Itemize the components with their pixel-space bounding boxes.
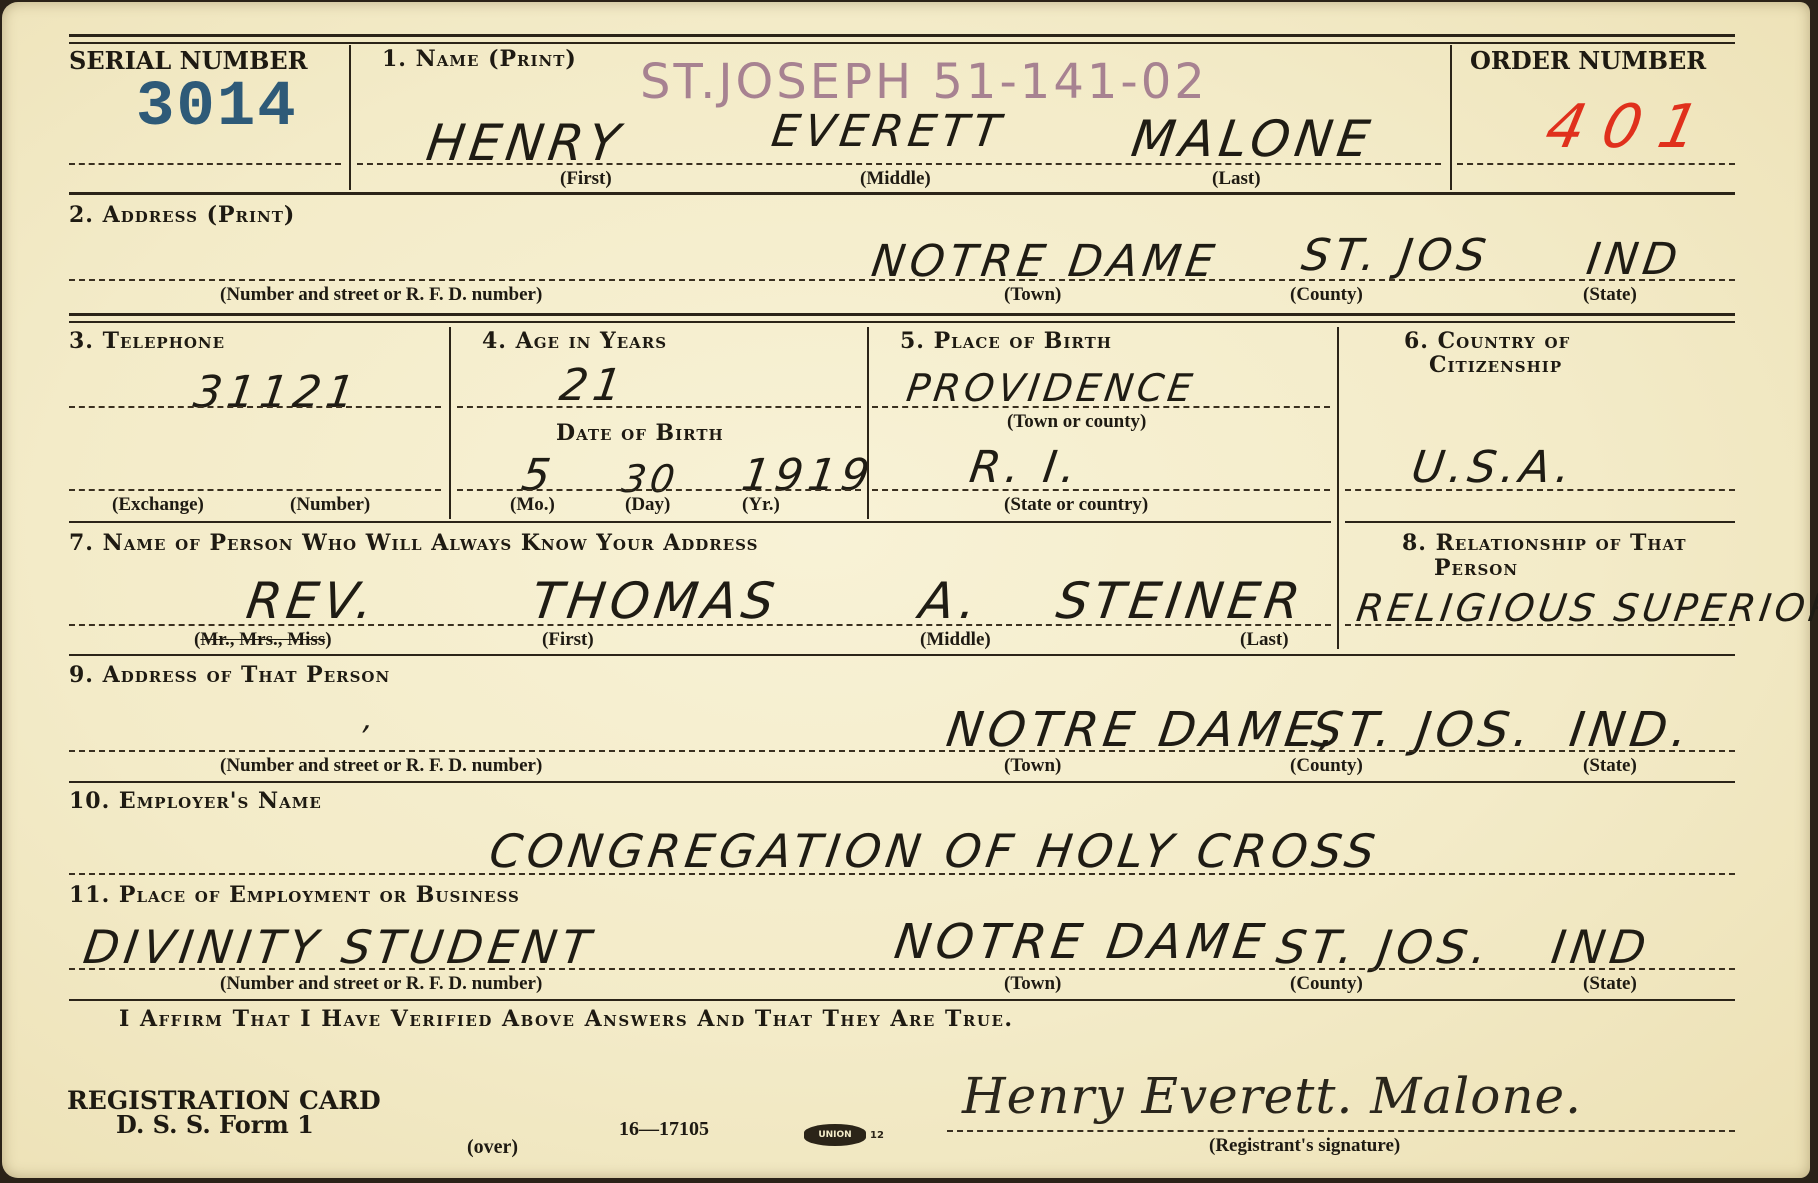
contact-person-label: 7. Name of Person Who Will Always Know Y…: [69, 530, 759, 556]
employment-state-value[interactable]: IND: [1548, 920, 1654, 974]
contact-title-caption-struck: Mr., Mrs., Miss: [200, 629, 325, 650]
employer-line: [69, 873, 1735, 875]
serial-number-value: 3014: [136, 72, 298, 144]
union-bug-number: 12: [870, 1130, 884, 1141]
place-of-birth-state-caption: (State or country): [1004, 494, 1148, 516]
affirmation-text: I Affirm That I Have Verified Above Answ…: [119, 1006, 1014, 1032]
name-last-caption: (Last): [1212, 168, 1261, 190]
place-of-birth-town-value[interactable]: PROVIDENCE: [904, 366, 1199, 410]
row-3-bottom-rule-right: [1345, 521, 1735, 523]
telephone-value[interactable]: 31121: [190, 367, 362, 418]
print-code: 16—17105: [619, 1118, 709, 1141]
employment-place-label: 11. Place of Employment or Business: [69, 882, 520, 908]
address-county-value[interactable]: ST. JOS: [1298, 230, 1493, 281]
contact-address-county-caption: (County): [1290, 755, 1363, 777]
place-of-birth-state-value[interactable]: R. I.: [966, 442, 1084, 493]
contact-address-street-value[interactable]: ,: [362, 702, 381, 737]
place-of-birth-town-line: [872, 406, 1330, 408]
contact-title-value[interactable]: REV.: [243, 572, 382, 630]
relationship-label-line2: Person: [1434, 555, 1518, 581]
name-first-caption: (First): [560, 168, 612, 190]
contact-person-line: [69, 624, 1331, 626]
serial-divider: [349, 45, 351, 190]
address-label: 2. Address (Print): [69, 202, 295, 228]
registration-card: SERIAL NUMBER 3014 1. Name (Print) ST.JO…: [2, 2, 1810, 1178]
contact-address-label: 9. Address of That Person: [69, 662, 390, 688]
row-3-bottom-rule: [69, 521, 1331, 523]
employer-label: 10. Employer's Name: [69, 788, 322, 814]
place-of-birth-divider: [1337, 327, 1339, 649]
signature-caption: (Registrant's signature): [1209, 1135, 1400, 1157]
contact-middle-caption: (Middle): [920, 629, 991, 651]
signature-line: [947, 1130, 1735, 1132]
top-rule: [69, 34, 1735, 37]
order-number-line: [1457, 163, 1735, 165]
address-street-caption: (Number and street or R. F. D. number): [220, 284, 542, 306]
contact-middle-value[interactable]: A.: [916, 572, 985, 630]
contact-title-caption: (Mr., Mrs., Miss): [194, 629, 332, 651]
name-middle-caption: (Middle): [860, 168, 931, 190]
citizenship-label-line2: Citizenship: [1429, 352, 1562, 378]
contact-address-town-caption: (Town): [1004, 755, 1061, 777]
citizenship-value[interactable]: U.S.A.: [1408, 442, 1578, 493]
contact-first-value[interactable]: THOMAS: [528, 572, 783, 630]
employment-state-caption: (State): [1583, 973, 1637, 995]
over-note: (over): [467, 1136, 518, 1159]
top-rule-2: [69, 42, 1735, 44]
employment-line: [69, 968, 1735, 970]
address-line: [69, 279, 1735, 281]
address-county-caption: (County): [1290, 284, 1363, 306]
order-number-value: 401: [1540, 92, 1723, 162]
address-town-caption: (Town): [1004, 284, 1061, 306]
serial-number-line: [69, 163, 341, 165]
dob-month-caption: (Mo.): [510, 494, 555, 516]
employment-town-value[interactable]: NOTRE DAME: [891, 914, 1272, 970]
name-last-value[interactable]: MALONE: [1128, 110, 1378, 168]
dob-day-caption: (Day): [625, 494, 670, 516]
telephone-label: 3. Telephone: [69, 328, 225, 354]
form-number: D. S. S. Form 1: [116, 1110, 314, 1139]
dob-label: Date of Birth: [556, 420, 724, 446]
employment-street-caption: (Number and street or R. F. D. number): [220, 973, 542, 995]
address-state-value[interactable]: IND: [1583, 234, 1685, 285]
contact-last-value[interactable]: STEINER: [1053, 572, 1309, 630]
age-line: [457, 406, 861, 408]
section-9-bottom-rule: [69, 781, 1735, 783]
employer-value[interactable]: CONGREGATION OF HOLY CROSS: [486, 824, 1383, 878]
age-label: 4. Age in Years: [482, 328, 667, 354]
name-line: [357, 163, 1441, 165]
name-middle-value[interactable]: EVERETT: [768, 106, 1008, 157]
employment-county-caption: (County): [1290, 973, 1363, 995]
union-bug-icon: UNION: [804, 1124, 866, 1146]
citizenship-label-line1: 6. Country of: [1404, 328, 1570, 354]
contact-address-state-caption: (State): [1583, 755, 1637, 777]
board-stamp: ST.JOSEPH 51-141-02: [640, 54, 1208, 110]
place-of-birth-state-line: [872, 489, 1330, 491]
telephone-divider: [449, 327, 451, 519]
age-value[interactable]: 21: [556, 360, 629, 411]
section-1-bottom-rule: [69, 192, 1735, 195]
row-7-bottom-rule: [69, 654, 1735, 656]
citizenship-line: [1345, 489, 1735, 491]
employment-street-value[interactable]: DIVINITY STUDENT: [80, 920, 598, 974]
telephone-exchange-caption: (Exchange): [112, 494, 204, 516]
section-11-bottom-rule: [69, 999, 1735, 1001]
age-divider: [867, 327, 869, 519]
name-label: 1. Name (Print): [382, 46, 577, 72]
section-2-bottom-rule-2: [69, 321, 1735, 323]
contact-address-street-caption: (Number and street or R. F. D. number): [220, 755, 542, 777]
place-of-birth-town-caption: (Town or county): [1007, 411, 1146, 433]
telephone-line-1: [69, 406, 441, 408]
address-state-caption: (State): [1583, 284, 1637, 306]
relationship-label-line1: 8. Relationship of That: [1402, 530, 1687, 556]
contact-first-caption: (First): [542, 629, 594, 651]
order-divider: [1450, 45, 1452, 190]
contact-address-line: [69, 750, 1735, 752]
employment-town-caption: (Town): [1004, 973, 1061, 995]
order-number-label: ORDER NUMBER: [1470, 46, 1706, 75]
dob-year-caption: (Yr.): [742, 494, 780, 516]
section-2-bottom-rule: [69, 313, 1735, 316]
telephone-line-2: [69, 489, 441, 491]
dob-line: [457, 489, 861, 491]
registrant-signature[interactable]: Henry Everett. Malone.: [962, 1067, 1582, 1125]
serial-number-label: SERIAL NUMBER: [69, 46, 308, 75]
contact-last-caption: (Last): [1240, 629, 1289, 651]
employment-county-value[interactable]: ST. JOS.: [1273, 920, 1495, 974]
relationship-line: [1345, 624, 1735, 626]
telephone-number-caption: (Number): [290, 494, 370, 516]
place-of-birth-label: 5. Place of Birth: [900, 328, 1112, 354]
